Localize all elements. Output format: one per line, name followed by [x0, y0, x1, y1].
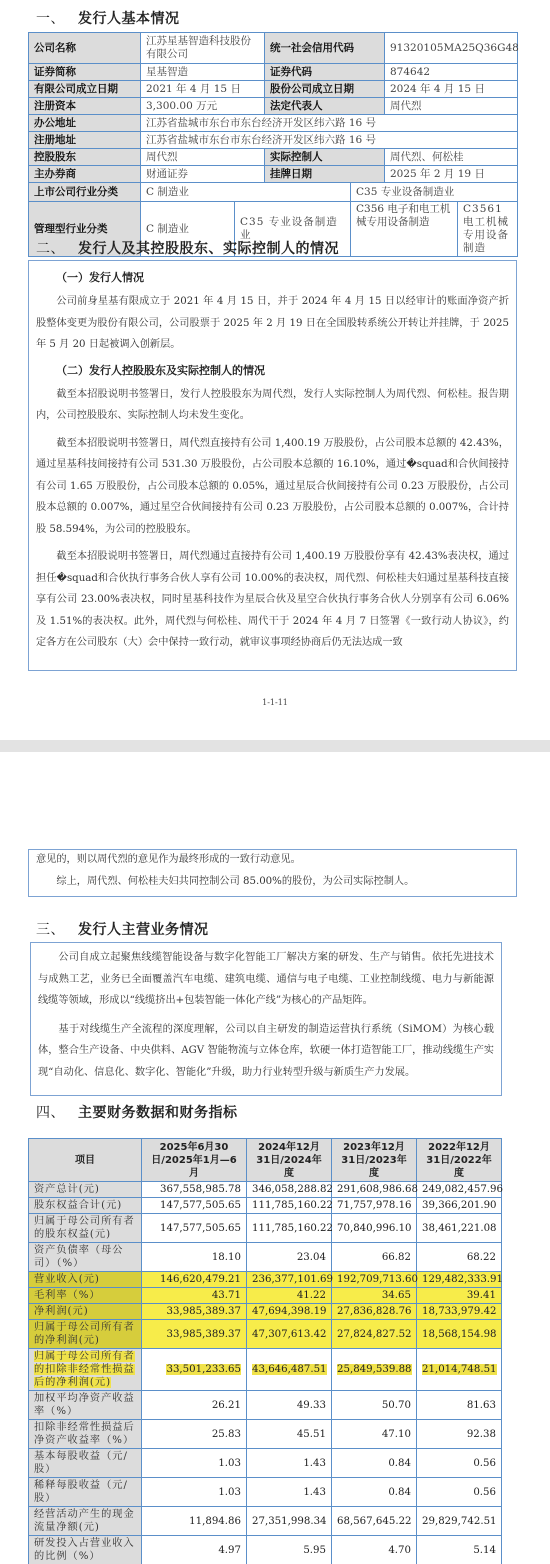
row-value: 11,894.86 — [142, 1507, 247, 1536]
row-value: 249,082,457.96 — [417, 1182, 502, 1198]
label-listed-industry: 上市公司行业分类 — [29, 183, 141, 202]
row-label-highlight: 归属于母公司所有者的扣除非经常性损益后的净利润(元) — [34, 1351, 135, 1388]
row-value: 4.97 — [142, 1536, 247, 1564]
header-2025h1: 2025年6月30日/2025年1月—6月 — [142, 1139, 247, 1182]
row-value-highlight: 21,014,748.51 — [422, 1364, 497, 1375]
row-label: 净利润(元) — [29, 1304, 142, 1320]
row-value: 0.56 — [417, 1449, 502, 1478]
value-office-addr: 江苏省盐城市东台市东台经济开发区纬六路 16 号 — [141, 115, 518, 132]
paragraph-business-2: 基于对线缆生产全流程的深度理解，公司以自主研发的制造运营执行系统（SiMOM）为… — [38, 1019, 494, 1084]
label-reg-addr: 注册地址 — [29, 132, 141, 149]
row-label: 资产总计(元) — [29, 1182, 142, 1198]
table-row: 扣除非经常性损益后净资产收益率（%）25.8345.5147.1092.38 — [29, 1420, 502, 1449]
row-label: 归属于母公司所有者的扣除非经常性损益后的净利润(元) — [29, 1349, 142, 1391]
row-value: 47,694,398.19 — [247, 1304, 332, 1320]
financial-table: 项目 2025年6月30日/2025年1月—6月 2024年12月31日/202… — [28, 1138, 502, 1564]
row-value: 49.33 — [247, 1391, 332, 1420]
value-legal-rep: 周代烈 — [385, 98, 518, 115]
row-value: 1.43 — [247, 1478, 332, 1507]
row-value: 39,366,201.90 — [417, 1198, 502, 1214]
section-number: 三、 — [36, 919, 78, 939]
row-value: 27,836,828.76 — [332, 1304, 417, 1320]
row-label: 归属于母公司所有者的净利润(元) — [29, 1320, 142, 1349]
table-row: 毛利率（%）43.7141.2234.6539.41 — [29, 1288, 502, 1304]
row-value: 1.03 — [142, 1478, 247, 1507]
row-value: 147,577,505.65 — [142, 1214, 247, 1243]
row-value: 33,985,389.37 — [142, 1320, 247, 1349]
row-value: 29,829,742.51 — [417, 1507, 502, 1536]
subheading-issuer: （一）发行人情况 — [36, 269, 509, 285]
section-3-heading: 三、发行人主营业务情况 — [36, 919, 209, 939]
row-value: 66.82 — [332, 1243, 417, 1272]
section-number: 一、 — [36, 8, 78, 28]
label-listing-date: 挂牌日期 — [265, 166, 385, 183]
row-value: 45.51 — [247, 1420, 332, 1449]
row-value: 70,840,996.10 — [332, 1214, 417, 1243]
row-value: 291,608,986.68 — [332, 1182, 417, 1198]
row-label: 股东权益合计(元) — [29, 1198, 142, 1214]
table-row: 研发投入占营业收入的比例（%）4.975.954.705.14 — [29, 1536, 502, 1564]
row-value: 34.65 — [332, 1288, 417, 1304]
table-row: 归属于母公司所有者的扣除非经常性损益后的净利润(元)33,501,233.654… — [29, 1349, 502, 1391]
value-reg-addr: 江苏省盐城市东台市东台经济开发区纬六路 16 号 — [141, 132, 518, 149]
row-label: 毛利率（%） — [29, 1288, 142, 1304]
label-short-name: 证券简称 — [29, 64, 141, 81]
table-row: 营业收入(元)146,620,479.21236,377,101.69192,7… — [29, 1272, 502, 1288]
value-listing-date: 2025 年 2 月 19 日 — [385, 166, 518, 183]
row-value: 18.10 — [142, 1243, 247, 1272]
table-row: 归属于母公司所有者的净利润(元)33,985,389.3747,307,613.… — [29, 1320, 502, 1349]
label-controller: 实际控制人 — [265, 149, 385, 166]
row-value: 41.22 — [247, 1288, 332, 1304]
row-value: 5.14 — [417, 1536, 502, 1564]
paragraph-business-1: 公司自成立起聚焦线缆智能设备与数字化智能工厂解决方案的研发、生产与销售。依托先进… — [38, 947, 494, 1012]
paragraph-controller-2: 截至本招股说明书签署日，周代烈直接持有公司 1,400.19 万股股份，占公司股… — [36, 433, 509, 541]
header-2024: 2024年12月31日/2024年度 — [247, 1139, 332, 1182]
row-value: 26.21 — [142, 1391, 247, 1420]
row-value: 367,558,985.78 — [142, 1182, 247, 1198]
row-value: 33,501,233.65 — [142, 1349, 247, 1391]
section-2-box: （一）发行人情况 公司前身星基有限成立于 2021 年 4 月 15 日，并于 … — [28, 260, 517, 671]
paragraph-controller-3-cont: 意见的，则以周代烈的意见作为最终形成的一致行动意见。 — [36, 851, 509, 869]
value-controller: 周代烈、何松桂 — [385, 149, 518, 166]
value-stock-code: 874642 — [385, 64, 518, 81]
header-2022: 2022年12月31日/2022年度 — [417, 1139, 502, 1182]
label-office-addr: 办公地址 — [29, 115, 141, 132]
row-value: 0.56 — [417, 1478, 502, 1507]
section-title: 发行人及其控股股东、实际控制人的情况 — [78, 241, 339, 257]
label-legal-rep: 法定代表人 — [265, 98, 385, 115]
row-value: 43.71 — [142, 1288, 247, 1304]
label-broker: 主办券商 — [29, 166, 141, 183]
row-value: 192,709,713.60 — [332, 1272, 417, 1288]
row-value: 23.04 — [247, 1243, 332, 1272]
mgmt-industry-split: C356 电子和电工机械专用设备制造 C3561 电工机械专用设备制造 — [351, 202, 518, 257]
value-listed-industry-1: C 制造业 — [141, 183, 351, 202]
paragraph-controller-1: 截至本招股说明书签署日，发行人控股股东为周代烈，发行人实际控制人为周代烈、何松桂… — [36, 384, 509, 427]
value-corp-date: 2024 年 4 月 15 日 — [385, 81, 518, 98]
row-value: 111,785,160.22 — [247, 1198, 332, 1214]
document-page-1: 一、发行人基本情况 公司名称 江苏星基智造科技股份有限公司 统一社会信用代码 9… — [0, 0, 550, 740]
header-item: 项目 — [29, 1139, 142, 1182]
row-value-highlight: 33,501,233.65 — [166, 1364, 241, 1375]
table-row: 资产总计(元)367,558,985.78346,058,288.82291,6… — [29, 1182, 502, 1198]
row-value: 0.84 — [332, 1449, 417, 1478]
section-3-box: 公司自成立起聚焦线缆智能设备与数字化智能工厂解决方案的研发、生产与销售。依托先进… — [30, 942, 502, 1096]
label-ltd-date: 有限公司成立日期 — [29, 81, 141, 98]
row-value: 21,014,748.51 — [417, 1349, 502, 1391]
row-value: 25,849,539.88 — [332, 1349, 417, 1391]
row-value: 27,824,827.52 — [332, 1320, 417, 1349]
row-value: 92.38 — [417, 1420, 502, 1449]
section-4-heading: 四、主要财务数据和财务指标 — [36, 1102, 238, 1122]
label-company-name: 公司名称 — [29, 33, 141, 64]
row-label: 营业收入(元) — [29, 1272, 142, 1288]
page-number: 1-1-11 — [0, 698, 550, 707]
table-row: 稀释每股收益（元/股）1.031.430.840.56 — [29, 1478, 502, 1507]
label-capital: 注册资本 — [29, 98, 141, 115]
paragraph-issuer: 公司前身星基有限成立于 2021 年 4 月 15 日，并于 2024 年 4 … — [36, 291, 509, 356]
row-value: 18,568,154.98 — [417, 1320, 502, 1349]
row-value: 68.22 — [417, 1243, 502, 1272]
row-value: 25.83 — [142, 1420, 247, 1449]
row-value: 39.41 — [417, 1288, 502, 1304]
table-row: 资产负债率（母公司）（%）18.1023.0466.8268.22 — [29, 1243, 502, 1272]
row-value: 47.10 — [332, 1420, 417, 1449]
row-label: 稀释每股收益（元/股） — [29, 1478, 142, 1507]
section-2-heading: 二、发行人及其控股股东、实际控制人的情况 — [36, 238, 339, 258]
basic-info-table: 公司名称 江苏星基智造科技股份有限公司 统一社会信用代码 91320105MA2… — [28, 32, 518, 257]
financial-table-body: 资产总计(元)367,558,985.78346,058,288.82291,6… — [29, 1182, 502, 1564]
row-value: 50.70 — [332, 1391, 417, 1420]
table-row: 加权平均净资产收益率（%）26.2149.3350.7081.63 — [29, 1391, 502, 1420]
subheading-controller: （二）发行人控股股东及实际控制人的情况 — [36, 362, 509, 378]
value-mgmt-industry-3: C356 电子和电工机械专用设备制造 — [351, 202, 458, 256]
paragraph-summary: 综上，周代烈、何松桂夫妇共同控制公司 85.00%的股份，为公司实际控制人。 — [36, 873, 509, 891]
row-value: 18,733,979.42 — [417, 1304, 502, 1320]
row-value: 81.63 — [417, 1391, 502, 1420]
table-row: 经营活动产生的现金流量净额(元)11,894.8627,351,998.3468… — [29, 1507, 502, 1536]
label-credit-code: 统一社会信用代码 — [265, 33, 385, 64]
row-value: 4.70 — [332, 1536, 417, 1564]
row-value: 129,482,333.91 — [417, 1272, 502, 1288]
row-value: 147,577,505.65 — [142, 1198, 247, 1214]
section-title: 发行人主营业务情况 — [78, 922, 209, 938]
row-value: 146,620,479.21 — [142, 1272, 247, 1288]
value-credit-code: 91320105MA25Q36G48 — [385, 33, 518, 64]
section-number: 四、 — [36, 1102, 78, 1122]
table-row: 基本每股收益（元/股）1.031.430.840.56 — [29, 1449, 502, 1478]
label-corp-date: 股份公司成立日期 — [265, 81, 385, 98]
row-value-highlight: 43,646,487.51 — [252, 1364, 327, 1375]
section-title: 发行人基本情况 — [78, 11, 180, 27]
row-value: 0.84 — [332, 1478, 417, 1507]
paragraph-controller-3: 截至本招股说明书签署日，周代烈通过直接持有公司 1,400.19 万股股份享有 … — [36, 546, 509, 654]
value-listed-industry-2: C35 专业设备制造业 — [351, 183, 518, 202]
row-value: 33,985,389.37 — [142, 1304, 247, 1320]
page-separator — [0, 740, 550, 752]
value-broker: 财通证券 — [141, 166, 265, 183]
row-value: 236,377,101.69 — [247, 1272, 332, 1288]
row-value: 43,646,487.51 — [247, 1349, 332, 1391]
row-value: 68,567,645.22 — [332, 1507, 417, 1536]
row-label: 归属于母公司所有者的股东权益(元) — [29, 1214, 142, 1243]
row-value: 1.43 — [247, 1449, 332, 1478]
row-label: 资产负债率（母公司）（%） — [29, 1243, 142, 1272]
value-capital: 3,300.00 万元 — [141, 98, 265, 115]
label-stock-code: 证券代码 — [265, 64, 385, 81]
table-row: 净利润(元)33,985,389.3747,694,398.1927,836,8… — [29, 1304, 502, 1320]
table-row: 归属于母公司所有者的股东权益(元)147,577,505.65111,785,1… — [29, 1214, 502, 1243]
row-label: 扣除非经常性损益后净资产收益率（%） — [29, 1420, 142, 1449]
row-value-highlight: 25,849,539.88 — [337, 1364, 412, 1375]
value-ltd-date: 2021 年 4 月 15 日 — [141, 81, 265, 98]
section-number: 二、 — [36, 238, 78, 258]
section-1-heading: 一、发行人基本情况 — [36, 8, 180, 28]
row-value: 47,307,613.42 — [247, 1320, 332, 1349]
row-value: 346,058,288.82 — [247, 1182, 332, 1198]
row-label: 基本每股收益（元/股） — [29, 1449, 142, 1478]
table-row: 股东权益合计(元)147,577,505.65111,785,160.2271,… — [29, 1198, 502, 1214]
value-mgmt-industry-4: C3561 电工机械专用设备制造 — [458, 202, 517, 256]
section-title: 主要财务数据和财务指标 — [78, 1105, 238, 1121]
row-value: 27,351,998.34 — [247, 1507, 332, 1536]
row-value: 71,757,978.16 — [332, 1198, 417, 1214]
row-label: 经营活动产生的现金流量净额(元) — [29, 1507, 142, 1536]
section-2-box-continued: 意见的，则以周代烈的意见作为最终形成的一致行动意见。 综上，周代烈、何松桂夫妇共… — [28, 849, 517, 897]
row-value: 38,461,221.08 — [417, 1214, 502, 1243]
value-company-name: 江苏星基智造科技股份有限公司 — [141, 33, 265, 64]
value-short-name: 星基智造 — [141, 64, 265, 81]
row-value: 111,785,160.22 — [247, 1214, 332, 1243]
row-label: 研发投入占营业收入的比例（%） — [29, 1536, 142, 1564]
row-value: 5.95 — [247, 1536, 332, 1564]
label-holder: 控股股东 — [29, 149, 141, 166]
value-holder: 周代烈 — [141, 149, 265, 166]
row-label: 加权平均净资产收益率（%） — [29, 1391, 142, 1420]
row-value: 1.03 — [142, 1449, 247, 1478]
header-2023: 2023年12月31日/2023年度 — [332, 1139, 417, 1182]
